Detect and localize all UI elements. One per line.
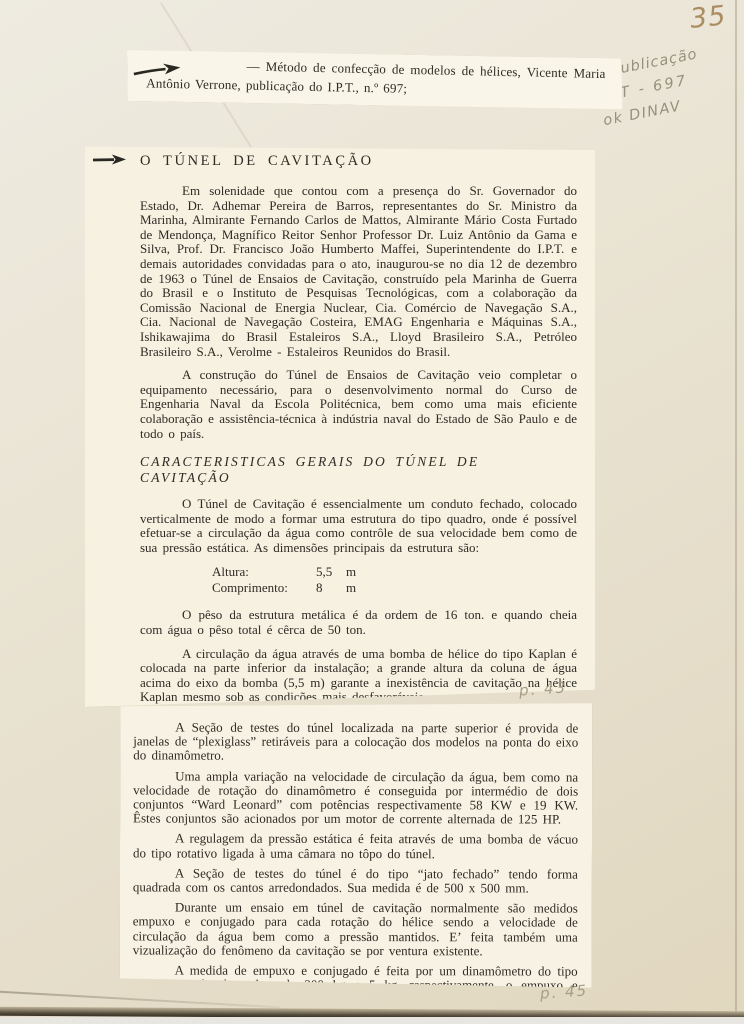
dimension-value: 8 [316,580,346,596]
paper-crease-bottom-left [0,990,280,1009]
reference-text: — Método de confecção de modelos de héli… [146,55,606,102]
dimension-unit: m [346,580,356,596]
dimension-label: Altura: [212,564,316,580]
handwritten-page-number: 35 [688,0,727,35]
paragraph: A regulagem da pressão estática é feita … [133,832,578,862]
paragraph: A Seção de testes do túnel localizada na… [133,720,578,764]
scanner-background-strip [0,1017,744,1024]
paragraph: Em solenidade que contou com a presença … [140,184,577,359]
paragraph: Uma ampla variação na velocidade de circ… [133,769,578,827]
article-clipping: O TÚNEL DE CAVITAÇÃO Em solenidade que c… [85,145,595,707]
dimension-row: Comprimento: 8 m [212,580,577,596]
handwritten-page-ref-43: p. 43 [518,678,567,699]
paragraph: A Seção de testes do túnel é do tipo “ja… [133,866,578,896]
article-title: O TÚNEL DE CAVITAÇÃO [140,153,577,170]
paragraph: A construção do Túnel de Ensaios de Cavi… [140,368,577,441]
dimension-label: Comprimento: [212,580,316,596]
hand-drawn-arrow-icon [92,153,128,166]
dimension-value: 5,5 [316,564,346,580]
dimensions-list: Altura: 5,5 m Comprimento: 8 m [212,564,577,596]
handwritten-page-ref-45: p. 45 [539,981,588,1002]
paragraph: Durante um ensaio em túnel de cavitação … [133,901,578,959]
paragraph: O pêso da estrutura metálica é da ordem … [140,608,577,637]
dimension-row: Altura: 5,5 m [212,564,577,580]
page-right-edge [735,0,737,1024]
test-section-clipping: A Seção de testes do túnel localizada na… [120,699,593,990]
dimension-unit: m [346,564,356,580]
paragraph: O Túnel de Cavitação é essencialmente um… [140,497,577,555]
reference-clipping: — Método de confecção de modelos de héli… [126,48,624,111]
section-heading: CARACTERISTICAS GERAIS DO TÚNEL DE CAVIT… [140,454,577,486]
